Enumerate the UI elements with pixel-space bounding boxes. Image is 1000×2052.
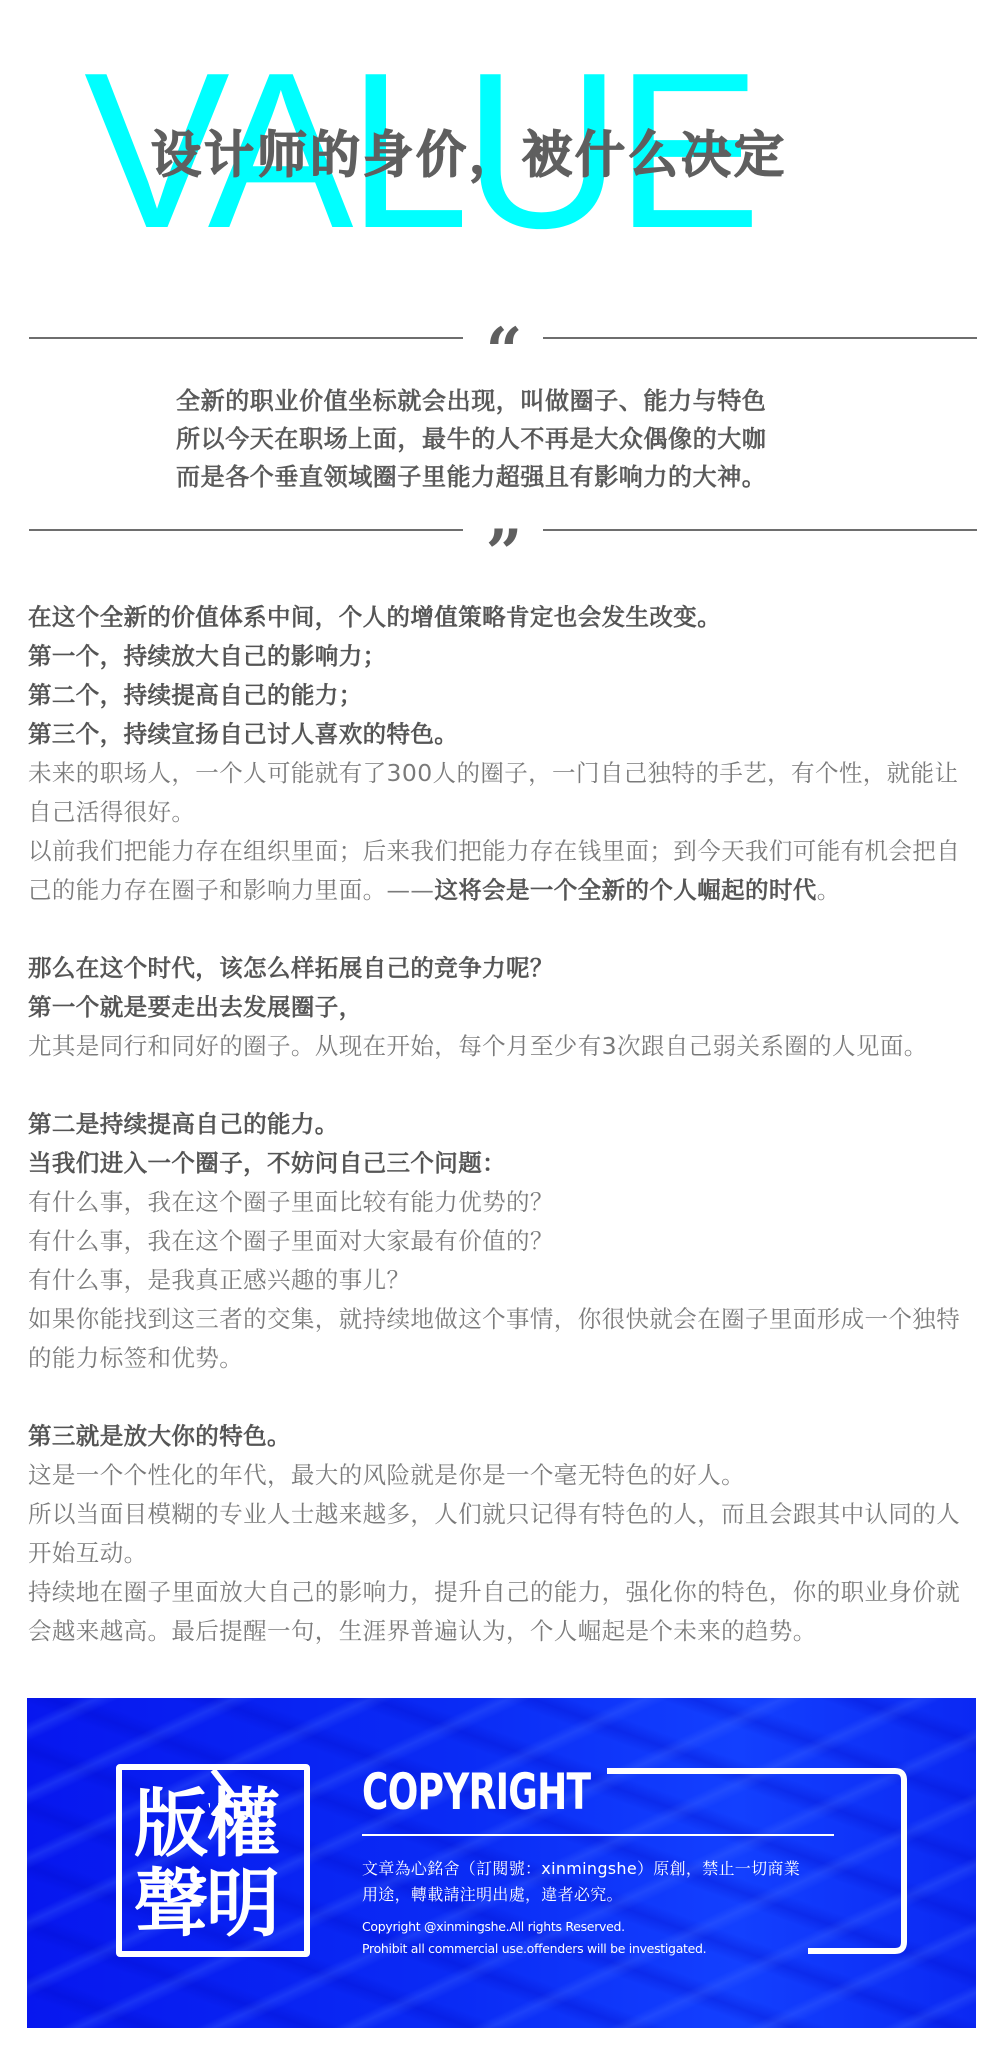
seal-line: 聲明	[134, 1864, 294, 1944]
paragraph-line: 会越来越高。最后提醒一句，生涯界普遍认为，个人崛起是个未来的趋势。	[28, 1612, 978, 1651]
right-double-quote-icon: ”	[484, 522, 524, 558]
paragraph-line: 未来的职场人，一个人可能就有了300人的圈子，一门自己独特的手艺，有个性，就能让	[28, 754, 978, 793]
question-item: 有什么事，是我真正感兴趣的事儿？	[28, 1261, 978, 1300]
text-normal: 己的能力存在圈子和影响力里面。——	[28, 876, 434, 904]
hero-header: VALUE 设计师的身价，被什么决定	[0, 0, 1000, 260]
paragraph-line: 所以当面目模糊的专业人士越来越多，人们就只记得有特色的人，而且会跟其中认同的人	[28, 1495, 978, 1534]
pull-quote-line: 而是各个垂直领域圈子里能力超强且有影响力的大神。	[176, 458, 836, 496]
article-body: 在这个全新的价值体系中间，个人的增值策略肯定也会发生改变。 第一个，持续放大自己…	[28, 598, 978, 1651]
paragraph-line: 持续地在圈子里面放大自己的影响力，提升自己的能力，强化你的特色，你的职业身价就	[28, 1573, 978, 1612]
paragraph-line: 尤其是同行和同好的圈子。从现在开始，每个月至少有3次跟自己弱关系圈的人见面。	[28, 1027, 978, 1066]
frame-bracket-icon	[607, 1768, 907, 1954]
question-item: 有什么事，我在这个圈子里面对大家最有价值的？	[28, 1222, 978, 1261]
pull-quote-line: 所以今天在职场上面，最牛的人不再是大众偶像的大咖	[176, 420, 836, 458]
paragraph-bold: 第二个，持续提高自己的能力；	[28, 676, 978, 715]
paragraph-line: 如果你能找到这三者的交集，就持续地做这个事情，你很快就会在圈子里面形成一个独特	[28, 1300, 978, 1339]
divider-bottom-right	[543, 529, 977, 531]
paragraph-line: 以前我们把能力存在组织里面；后来我们把能力存在钱里面；到今天我们可能有机会把自	[28, 832, 978, 871]
paragraph-line: 这是一个个性化的年代，最大的风险就是你是一个毫无特色的好人。	[28, 1456, 978, 1495]
paragraph-line: 自己活得很好。	[28, 793, 978, 832]
text-emphasis: 这将会是一个全新的个人崛起的时代	[434, 876, 816, 904]
section-subheading: 当我们进入一个圈子，不妨问自己三个问题：	[28, 1144, 978, 1183]
section-heading: 第二是持续提高自己的能力。	[28, 1105, 978, 1144]
question-item: 有什么事，我在这个圈子里面比较有能力优势的？	[28, 1183, 978, 1222]
section-subheading: 第一个就是要走出去发展圈子，	[28, 988, 978, 1027]
paragraph-bold: 在这个全新的价值体系中间，个人的增值策略肯定也会发生改变。	[28, 598, 978, 637]
pull-quote-text: 全新的职业价值坐标就会出现，叫做圈子、能力与特色 所以今天在职场上面，最牛的人不…	[176, 382, 836, 496]
paragraph-bold: 第三个，持续宣扬自己讨人喜欢的特色。	[28, 715, 978, 754]
divider-top-left	[29, 337, 463, 339]
spacer	[28, 910, 978, 949]
copyright-title: COPYRIGHT	[362, 1766, 590, 1818]
paragraph-line: 的能力标签和优势。	[28, 1339, 978, 1378]
paragraph-bold: 第一个，持续放大自己的影响力；	[28, 637, 978, 676]
copyright-banner: 版權 聲明 COPYRIGHT 文章為心銘舍（訂閱號：xinmingshe）原創…	[27, 1698, 976, 2028]
section-heading: 那么在这个时代，该怎么样拓展自己的竞争力呢？	[28, 949, 978, 988]
paragraph-line: 开始互动。	[28, 1534, 978, 1573]
section-heading: 第三就是放大你的特色。	[28, 1417, 978, 1456]
divider-bottom-left	[29, 529, 463, 531]
page-title: 设计师的身价，被什么决定	[151, 122, 851, 188]
spacer	[28, 1066, 978, 1105]
seal-arrow-notch-icon	[210, 1770, 236, 1816]
spacer	[28, 1378, 978, 1417]
left-double-quote-icon: “	[484, 320, 524, 356]
pull-quote-line: 全新的职业价值坐标就会出现，叫做圈子、能力与特色	[176, 382, 836, 420]
paragraph-line-mixed: 己的能力存在圈子和影响力里面。——这将会是一个全新的个人崛起的时代。	[28, 871, 978, 910]
divider-top-right	[543, 337, 977, 339]
text-normal: 。	[817, 876, 841, 904]
